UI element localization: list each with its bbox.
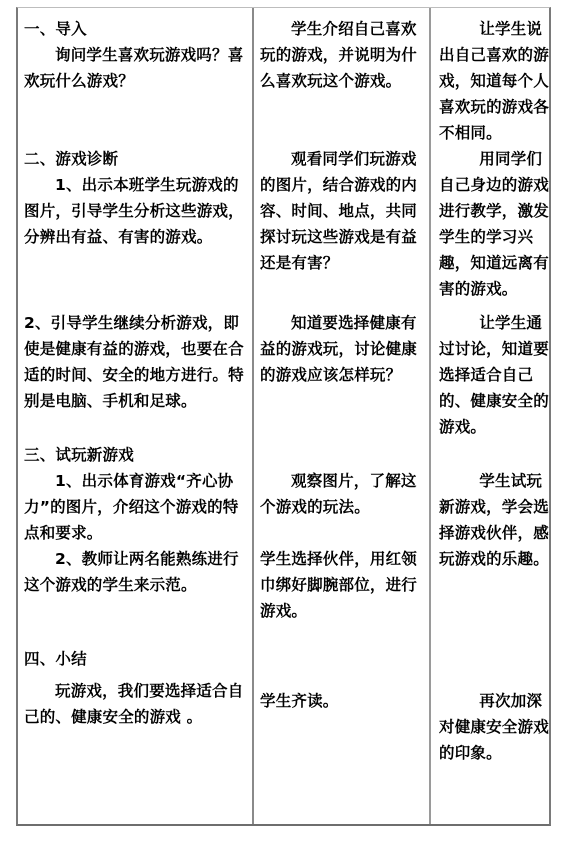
activity-item: 学生选择伙伴，用红领巾绑好脚腕部位，进行游戏。	[260, 546, 428, 624]
section-summary: 四、小结 玩游戏，我们要选择适合自己的、健康安全的游戏 。	[24, 646, 250, 730]
section-paragraph: 1、出示体育游戏“齐心协力”的图片，介绍这个游戏的特点和要求。	[24, 468, 250, 546]
section-paragraph: 玩游戏，我们要选择适合自己的、健康安全的游戏 。	[24, 678, 250, 730]
section-diagnosis-2: 2、引导学生继续分析游戏，即使是健康有益的游戏，也要在合适的时间、安全的地方进行…	[24, 310, 250, 414]
intent-item: 让学生说出自己喜欢的游戏，知道每个人喜欢玩的游戏各不相同。	[439, 16, 549, 146]
activity-item: 学生介绍自己喜欢玩的游戏，并说明为什么喜欢玩这个游戏。	[260, 16, 428, 94]
section-intro: 一、导入 询问学生喜欢玩游戏吗？喜欢玩什么游戏？	[24, 16, 250, 94]
section-heading: 一、导入	[24, 16, 250, 42]
section-paragraph: 1、出示本班学生玩游戏的图片，引导学生分析这些游戏，分辨出有益、有害的游戏。	[24, 172, 250, 250]
section-heading: 四、小结	[24, 646, 250, 672]
intent-item: 让学生通过讨论，知道要选择适合自己的、健康安全的游戏。	[439, 310, 549, 440]
section-try-new-game: 三、试玩新游戏 1、出示体育游戏“齐心协力”的图片，介绍这个游戏的特点和要求。 …	[24, 442, 250, 598]
lesson-plan-table: 一、导入 询问学生喜欢玩游戏吗？喜欢玩什么游戏？ 二、游戏诊断 1、出示本班学生…	[16, 7, 551, 826]
column-teaching-process: 一、导入 询问学生喜欢玩游戏吗？喜欢玩什么游戏？ 二、游戏诊断 1、出示本班学生…	[18, 8, 250, 824]
activity-item: 观察图片，了解这个游戏的玩法。	[260, 468, 428, 520]
section-heading: 二、游戏诊断	[24, 146, 250, 172]
column-student-activity: 学生介绍自己喜欢玩的游戏，并说明为什么喜欢玩这个游戏。 观看同学们玩游戏的图片，…	[252, 8, 429, 824]
intent-item: 再次加深对健康安全游戏的印象。	[439, 688, 549, 766]
section-heading: 三、试玩新游戏	[24, 442, 250, 468]
activity-item: 知道要选择健康有益的游戏玩，讨论健康的游戏应该怎样玩？	[260, 310, 428, 388]
section-paragraph: 2、引导学生继续分析游戏，即使是健康有益的游戏，也要在合适的时间、安全的地方进行…	[24, 310, 250, 414]
intent-item: 学生试玩新游戏，学会选择游戏伙伴，感玩游戏的乐趣。	[439, 468, 549, 572]
column-design-intent: 让学生说出自己喜欢的游戏，知道每个人喜欢玩的游戏各不相同。 用同学们自己身边的游…	[429, 8, 551, 824]
activity-item: 学生齐读。	[260, 688, 428, 714]
intent-item: 用同学们自己身边的游戏进行教学，激发学生的学习兴趣，知道远离有害的游戏。	[439, 146, 549, 302]
section-diagnosis: 二、游戏诊断 1、出示本班学生玩游戏的图片，引导学生分析这些游戏，分辨出有益、有…	[24, 146, 250, 250]
activity-item: 观看同学们玩游戏的图片，结合游戏的内容、时间、地点，共同探讨玩这些游戏是有益还是…	[260, 146, 428, 276]
section-paragraph: 2、教师让两名能熟练进行这个游戏的学生来示范。	[24, 546, 250, 598]
section-paragraph: 询问学生喜欢玩游戏吗？喜欢玩什么游戏？	[24, 42, 250, 94]
